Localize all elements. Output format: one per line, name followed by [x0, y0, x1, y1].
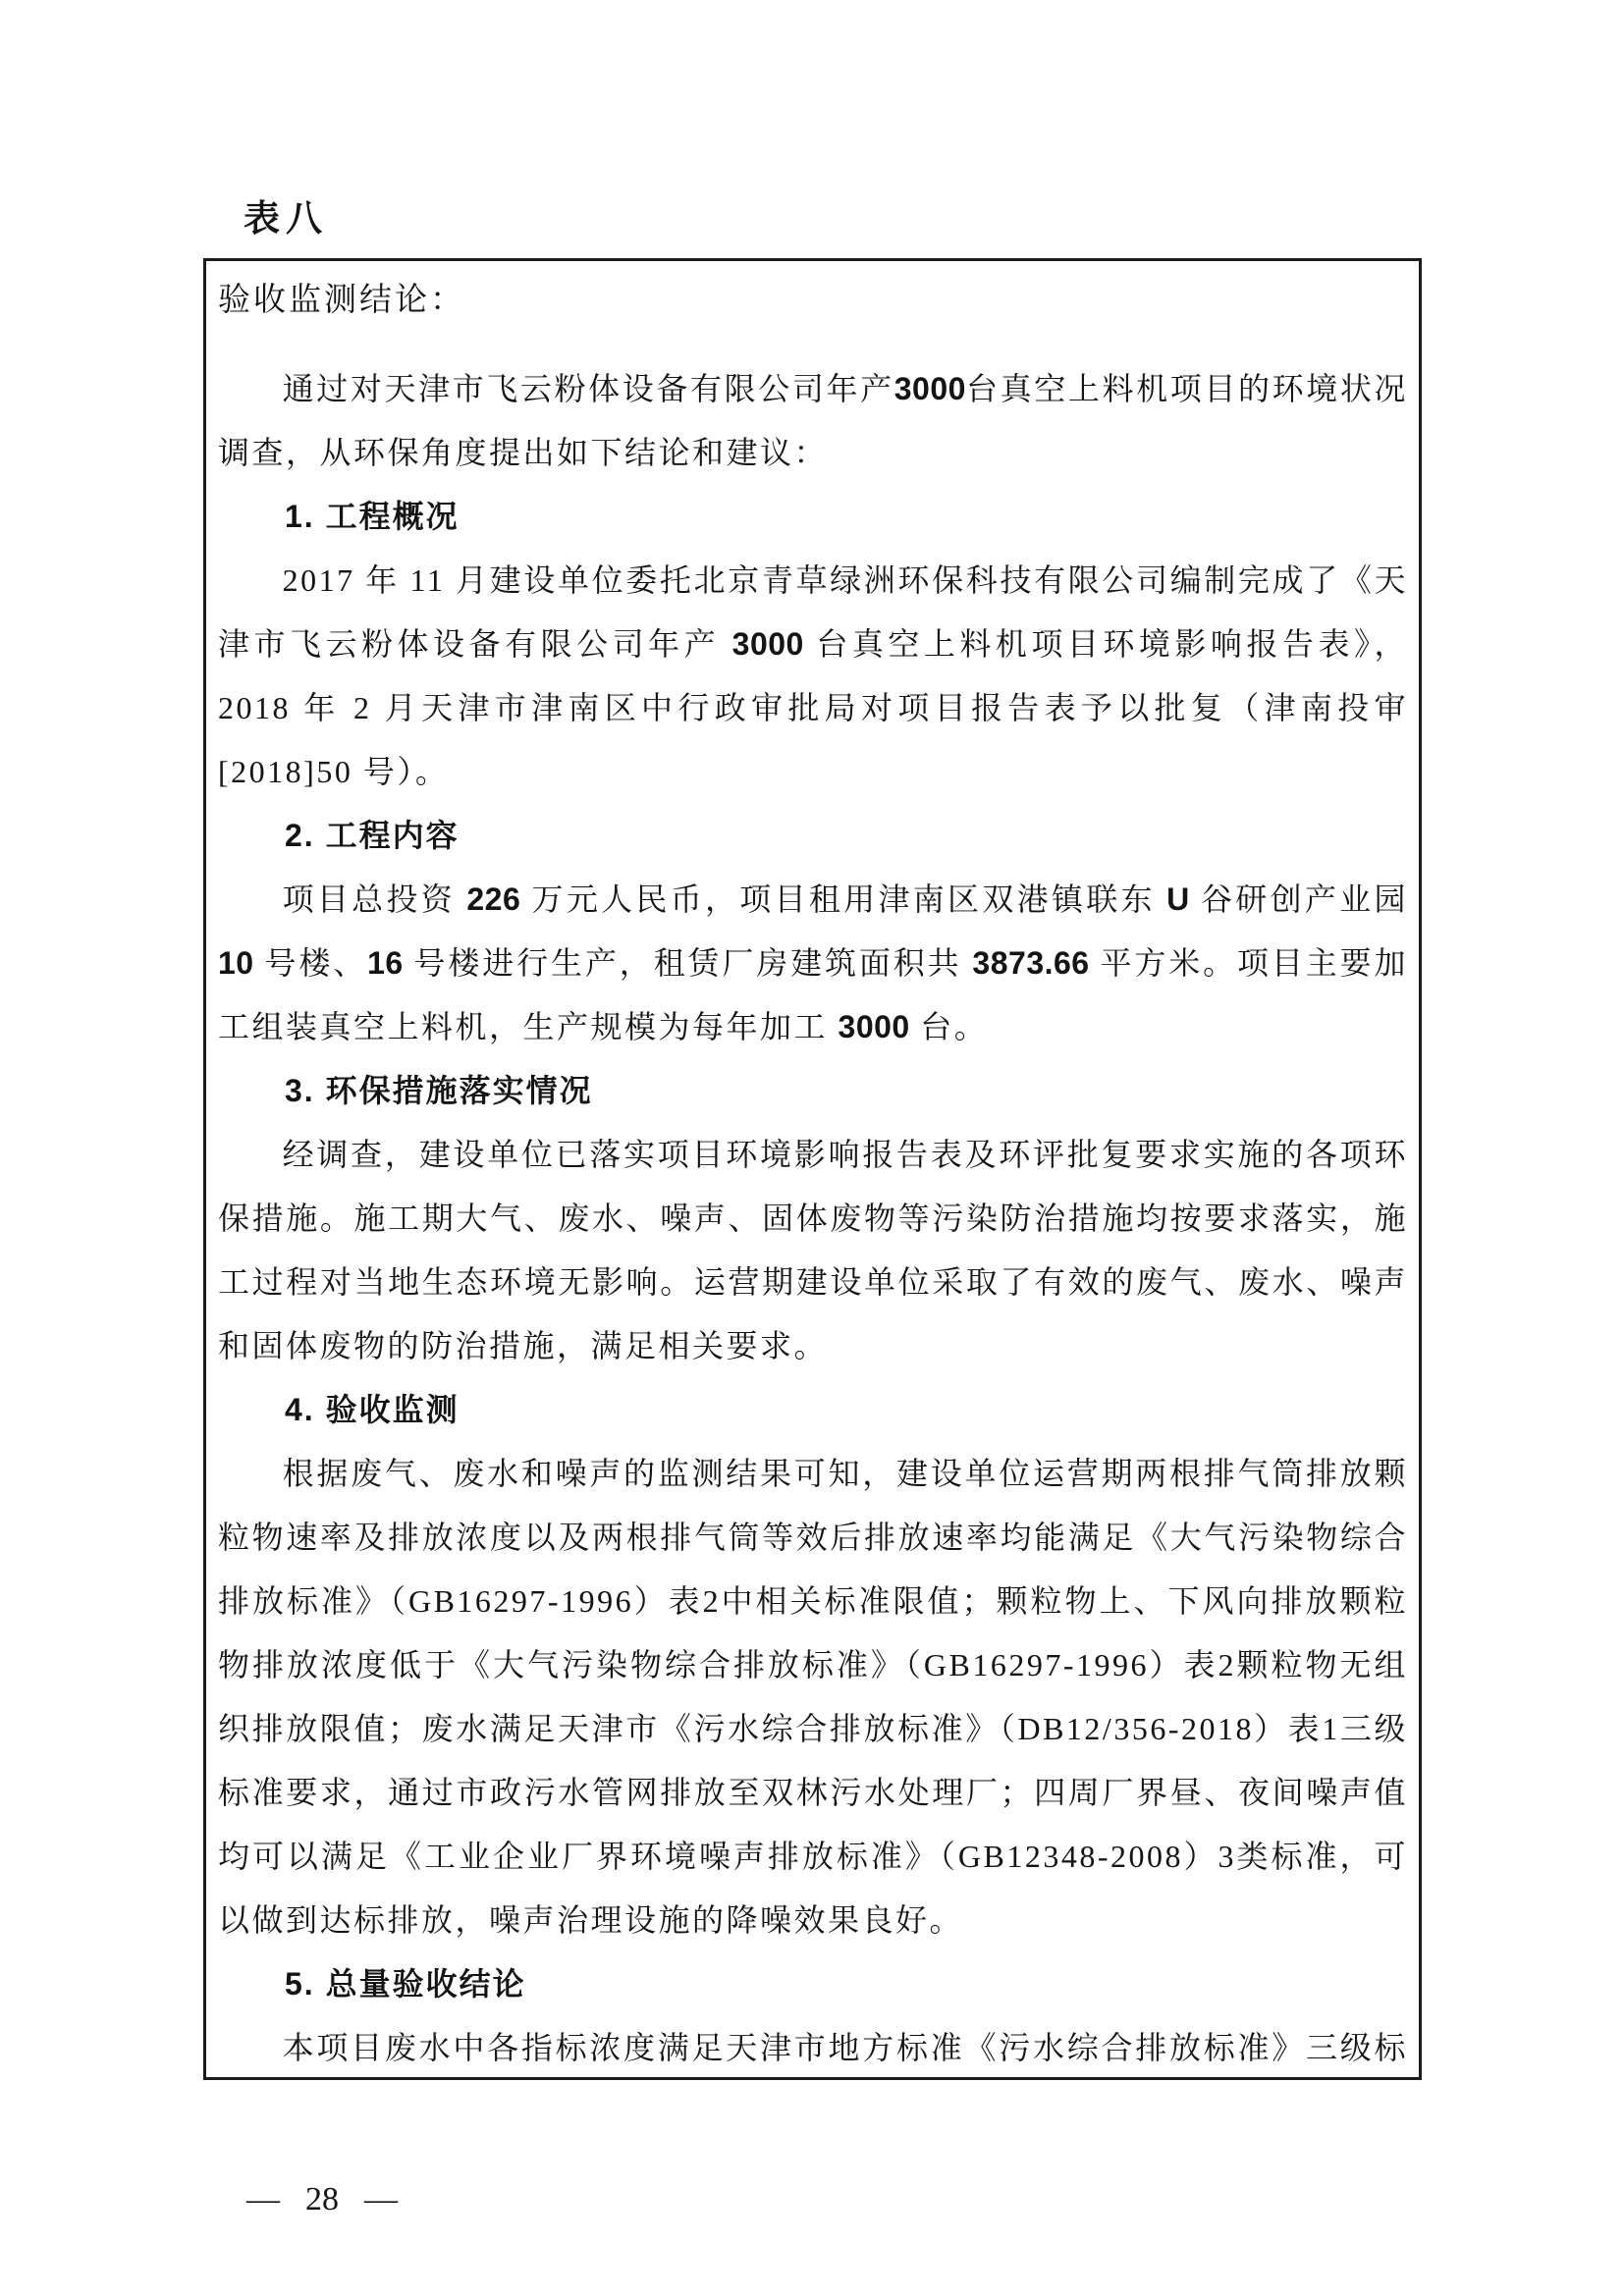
section-3-heading: 3. 环保措施落实情况	[218, 1059, 1408, 1123]
text-run: 万元人民币，项目租用津南区双港镇联东	[520, 881, 1166, 917]
section-1-body: 2017 年 11 月建设单位委托北京青草绿洲环保科技有限公司编制完成了《天津市…	[218, 549, 1408, 804]
emphasized-number: 3000	[839, 1009, 910, 1044]
box-title: 验收监测结论：	[218, 269, 1408, 333]
emphasized-number: 3000	[894, 371, 966, 406]
conclusion-table-box: 验收监测结论： 通过对天津市飞云粉体设备有限公司年产3000台真空上料机项目的环…	[203, 258, 1422, 2080]
emphasized-number: 226	[466, 881, 520, 917]
section-2-heading: 2. 工程内容	[218, 804, 1408, 868]
section-5-body: 本项目废水中各指标浓度满足天津市地方标准《污水综合排放标准》三级标准要求。本项目…	[218, 2016, 1408, 2080]
text-run: 号楼进行生产，租赁厂房建筑面积共	[404, 945, 973, 981]
emphasized-number: 3000	[732, 626, 804, 662]
text-run: 通过对天津市飞云粉体设备有限公司年产	[283, 371, 894, 406]
intro-paragraph: 通过对天津市飞云粉体设备有限公司年产3000台真空上料机项目的环境状况调查，从环…	[218, 357, 1408, 485]
footer-right-dash: —	[364, 2181, 398, 2218]
section-5-heading: 5. 总量验收结论	[218, 1952, 1408, 2016]
text-run: 谷研创产业园	[1190, 881, 1408, 917]
section-3-body: 经调查，建设单位已落实项目环境影响报告表及环评批复要求实施的各项环保措施。施工期…	[218, 1123, 1408, 1378]
page-footer: — 28 —	[246, 2181, 398, 2218]
section-1-heading: 1. 工程概况	[218, 485, 1408, 549]
emphasized-number: 3873.66	[972, 945, 1089, 981]
text-run: 本项目废水中各指标浓度满足天津市地方标准《污水综合排放标准》三级标准要求。本项目…	[218, 2030, 1408, 2080]
section-4-body: 根据废气、废水和噪声的监测结果可知，建设单位运营期两根排气筒排放颗粒物速率及排放…	[218, 1442, 1408, 1952]
text-run: 经调查，建设单位已落实项目环境影响报告表及环评批复要求实施的各项环保措施。施工期…	[218, 1137, 1408, 1363]
text-run: 号楼、	[254, 945, 368, 981]
text-run: 台。	[910, 1009, 989, 1044]
section-2-body: 项目总投资 226 万元人民币，项目租用津南区双港镇联东 U 谷研创产业园 10…	[218, 868, 1408, 1059]
emphasized-number: 16	[367, 945, 404, 981]
section-4-heading: 4. 验收监测	[218, 1378, 1408, 1442]
emphasized-number: 10	[218, 945, 254, 981]
table-eight-label: 表八	[244, 188, 328, 241]
text-run: 根据废气、废水和噪声的监测结果可知，建设单位运营期两根排气筒排放颗粒物速率及排放…	[218, 1456, 1408, 1938]
document-page: { "page": { "label": "表八", "footer": { "…	[0, 0, 1624, 2296]
text-run: 项目总投资	[283, 881, 467, 917]
emphasized-number: U	[1166, 881, 1190, 917]
footer-page-number: 28	[305, 2181, 339, 2218]
footer-left-dash: —	[246, 2181, 280, 2218]
